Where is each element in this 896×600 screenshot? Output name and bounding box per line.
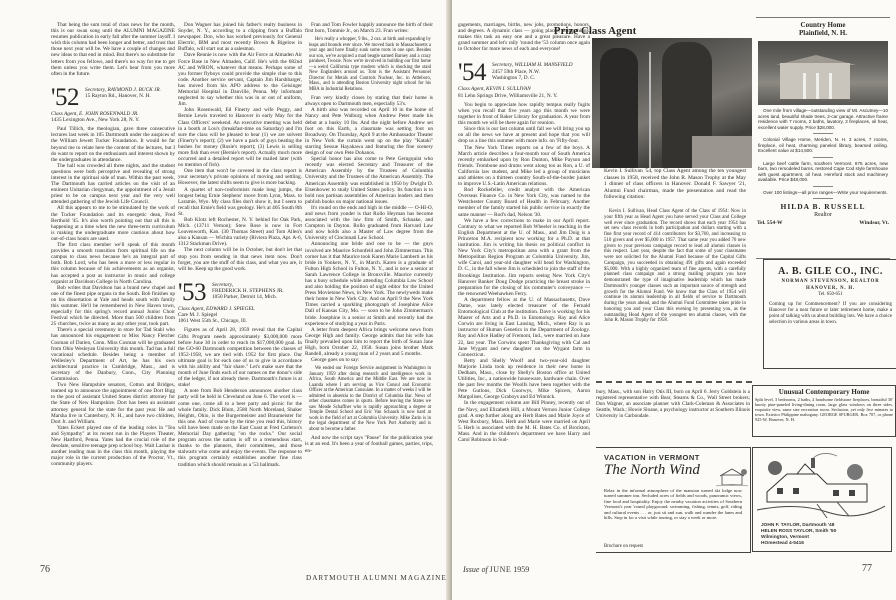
article-paragraph: bury, Mass., with son Harry Otis III, bo… [596, 389, 750, 419]
award-citation: Kevin I. Sullivan, Head Class Agent of t… [604, 209, 746, 324]
house-photo [758, 41, 888, 105]
ad-subtitle: Plainfield, N. H. [756, 29, 890, 37]
article-paragraph: One item that won't be covered in the cl… [178, 168, 302, 186]
class-year: '54 [458, 62, 486, 84]
intro-paragraph: That being the sum total of class news f… [51, 22, 175, 77]
article-paragraph: The next column will be in October, but … [178, 247, 302, 271]
realtor-title: Realtor [756, 212, 890, 218]
block-quote: We ended our Foreign Service assignment … [309, 366, 431, 432]
class-year: '53 [178, 282, 206, 304]
phone-line: HOmestead 4-5416 [761, 541, 836, 547]
realtor-phone: Tel. 554-W [757, 220, 782, 226]
article-paragraph: Fran and Tom Fowler happily announce the… [305, 22, 433, 34]
class-agent-address: 1435 Lexington Ave., New York 28, N. Y. [51, 117, 175, 123]
listing: One mile from village—outstanding view o… [758, 108, 888, 130]
class-secretary-address: 15 Rayton Rd., Hanover, N. H. [85, 93, 161, 99]
article-paragraph: Bob Klotz left Rochester, N. Y. behind f… [178, 217, 302, 247]
article-paragraph: Paul Tillich, the theologian, gave three… [51, 126, 175, 163]
page-number: 76 [40, 564, 50, 575]
article-paragraph: Announcing one bride and one to be — the… [305, 241, 433, 326]
issue-prefix: Issue of [463, 565, 488, 574]
article-paragraph: George goes on to say: [305, 357, 433, 363]
listing: Over 100 listings—all price ranges—Write… [758, 190, 888, 196]
article-paragraph: Special honor has also come to Pete Gern… [305, 156, 433, 205]
issue-line: Issue of JUNE 1959 [463, 565, 529, 574]
left-page: That being the sum total of class news f… [0, 0, 452, 600]
article-paragraph: A letter from deepest Africa brings welc… [305, 327, 433, 357]
article-paragraph: Dave Rennie is now with the Air Force at… [178, 52, 302, 107]
inn-sketch-icon [716, 466, 748, 488]
class-agent-address: 1061 West 55th St., Chicago, Ill. [178, 318, 302, 324]
brochure-line: Brochure on request [604, 544, 643, 549]
ad-header: VACATION in VERMONT [604, 453, 700, 462]
article-paragraph: Bob writes that Davidson has a brand new… [51, 285, 175, 328]
article-paragraph: There's a special ceremony in store for … [51, 327, 175, 382]
article-paragraph: Rod Rockefeller, credit analyst with the… [458, 187, 590, 217]
ad-taylor: JOHN F. TAYLOR, Dartmouth '48 HELEN ROSS… [752, 447, 892, 552]
award-photo [592, 38, 752, 168]
article-paragraph: And now the script says "Pause" for the … [305, 435, 433, 453]
realtor-line: NORMAN STEVENSON, REALTOR [766, 279, 895, 284]
ad-body: Coming up for Commencement? If you are c… [766, 302, 895, 326]
citation-text: Kevin I. Sullivan, Head Class Agent of t… [604, 209, 746, 324]
ad-title: Country Home [756, 21, 890, 29]
article-paragraph: A birth also was recorded on April 10 in… [305, 107, 433, 156]
article-paragraph: Since this is our last column until fall… [458, 126, 590, 144]
article-paragraph: Fran very kindly closes by stating that … [305, 95, 433, 107]
issue-year: 1959 [513, 565, 529, 574]
article-paragraph: It's round on the ends and high in the m… [305, 205, 433, 242]
class-secretary-city: Washington 7, D. C. [492, 75, 573, 81]
article-paragraph: In the engagement column are Bill Pinney… [458, 400, 590, 443]
article-paragraph: You begin to appreciate how rapidly temp… [458, 102, 590, 126]
class-secretary-address: 1050 Parker, Detroit 14, Mich. [212, 294, 284, 300]
ad-gile-co: A. B. GILE CO., INC. NORMAN STEVENSON, R… [763, 259, 896, 369]
article-paragraph: Figures as of April 28, 1959 reveal that… [178, 327, 302, 388]
inn-name: The North Wind [604, 462, 700, 479]
ad-north-wind: VACATION in VERMONT The North Wind Relax… [596, 447, 751, 553]
magazine-footer: DARTMOUTH ALUMNI MAGAZINE [306, 574, 447, 582]
article-paragraph: John Rosenwald, Ed Finerty and wife Pegg… [178, 107, 302, 168]
class-secretary: Secretary, WILLIAM H. MANSFIELD [492, 62, 573, 68]
block-quote: He's really a whopper, 9 lbs., 2 ozs. at… [309, 37, 431, 92]
article-paragraph: Yates Eckert played one of the leading r… [51, 425, 175, 468]
phone-line: Tel. 650-651 [766, 292, 895, 297]
ad-country-home: Country Home Plainfield, N. H. One mile … [756, 17, 890, 259]
right-column-1: gagements, marriages, births, new jobs, … [458, 22, 590, 443]
article-paragraph: We have a few corrections to make in our… [458, 218, 590, 297]
table [692, 136, 752, 168]
class-1952-header: '52 Secretary, RAYMOND J. BUCK JR. 15 Ra… [51, 87, 175, 109]
class-1953-header: '53 Secretary, FREDERICK H. STEPHENS JR.… [178, 282, 302, 304]
article-paragraph: All this appears to me to be stimulated … [51, 205, 175, 242]
left-column-2: Don Wagner has joined his father's realt… [178, 22, 302, 468]
article-paragraph: A quartet of non-conformists made long j… [178, 187, 302, 217]
listing: Large beef cattle farm, southern Vermont… [758, 161, 888, 183]
realtor-town: Windsor, Vt. [859, 220, 889, 226]
article-paragraph: The New York Times reports on a few of t… [458, 145, 590, 188]
ad-contemporary-home: Unusual Contemporary Home Split level, 3… [752, 385, 896, 437]
photo-caption: Kevin I. Sullivan '54, top Class Agent a… [604, 168, 746, 201]
class-year: '52 [51, 87, 79, 109]
ad-body: Split level, 3 bedrooms, 2 baths, 2 hand… [755, 397, 893, 422]
left-column-1: That being the sum total of class news f… [51, 22, 175, 468]
article-paragraph: Betty and Shelly Woolf and two-year-old … [458, 358, 590, 401]
article-paragraph: Two New Hampshire senators, Cotton and B… [51, 382, 175, 425]
ad-body: Relax in the informal atmosphere of the … [604, 488, 742, 520]
ad-title: Unusual Contemporary Home [755, 388, 893, 396]
article-paragraph: The hall was crowded all three nights, a… [51, 163, 175, 206]
class-1954-header: '54 Secretary, WILLIAM H. MANSFIELD 2457… [458, 62, 590, 84]
house-sketch-icon [757, 452, 885, 520]
dashed-divider [596, 381, 752, 383]
class-agent-address: 81 Lehn Springs Drive, Williamsville 21,… [458, 93, 590, 99]
page-number: 77 [862, 563, 872, 574]
issue-month: JUNE [490, 565, 512, 574]
microphone-stand [649, 52, 651, 168]
article-paragraph: Don Wagner has joined his father's realt… [178, 22, 302, 52]
article-paragraph: A department fellow at the U. of Massach… [458, 297, 590, 358]
listing: Colonial Village Home, Meriden, N. H. 3 … [758, 137, 888, 154]
article-paragraph: The first class member we'll speak of th… [51, 242, 175, 285]
prize-class-agent-heading: Prize Class Agent [530, 25, 660, 37]
left-column-3: Fran and Tom Fowler happily announce the… [305, 22, 433, 454]
location-line: HANOVER, N. H. [766, 286, 895, 291]
person-figure [600, 48, 638, 168]
article-paragraph: A note from Bob Henderson announces anot… [178, 388, 302, 467]
company-name: A. B. GILE CO., INC. [766, 266, 895, 277]
continued-text: bury, Mass., with son Harry Otis III, bo… [596, 389, 750, 419]
realtor-name: HILDA B. RUSSELL [756, 202, 890, 211]
